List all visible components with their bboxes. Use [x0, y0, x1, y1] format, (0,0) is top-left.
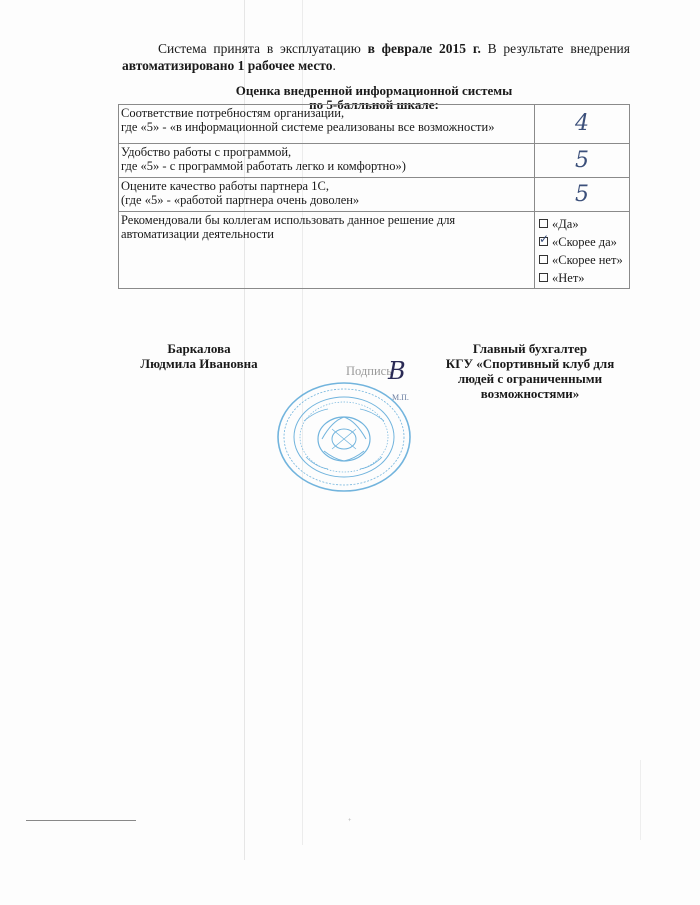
checkbox-icon[interactable] [539, 219, 548, 228]
question-text: Соответствие потребностям организации, [121, 106, 532, 120]
question-text: Оцените качество работы партнера 1С, [121, 179, 532, 193]
option-label: «Нет» [552, 271, 585, 285]
official-stamp-icon [276, 381, 412, 493]
organization-name: КГУ «Спортивный клуб для [440, 356, 620, 371]
checkbox-icon[interactable] [539, 273, 548, 282]
position-title: Главный бухгалтер [440, 341, 620, 356]
option-no[interactable]: «Нет» [539, 269, 627, 287]
option-label: «Скорее да» [552, 235, 617, 249]
option-label: «Да» [552, 217, 579, 231]
rating-cell: 4 [535, 105, 630, 144]
signatory-surname: Баркалова [134, 341, 264, 356]
question-cell: Соответствие потребностям организации, г… [119, 105, 535, 144]
question-cell: Оцените качество работы партнера 1С, (гд… [119, 178, 535, 212]
question-text: автоматизации деятельности [121, 227, 532, 241]
evaluation-row: Соответствие потребностям организации, г… [119, 105, 630, 144]
rating-cell: 5 [535, 178, 630, 212]
question-text: где «5» - «в информационной системе реал… [121, 120, 532, 134]
organization-name: возможностями» [440, 386, 620, 401]
question-cell: Удобство работы с программой, где «5» - … [119, 144, 535, 178]
signatory-position: Главный бухгалтер КГУ «Спортивный клуб д… [440, 341, 620, 401]
evaluation-row: Оцените качество работы партнера 1С, (гд… [119, 178, 630, 212]
recommend-options: «Да» «Скорее да» «Скорее нет» «Нет» [537, 213, 627, 287]
recommend-options-cell: «Да» «Скорее да» «Скорее нет» «Нет» [535, 212, 630, 289]
scan-artifact-line [640, 760, 641, 840]
intro-text: Система принята в эксплуатацию [158, 41, 368, 56]
evaluation-row-recommend: Рекомендовали бы коллегам использовать д… [119, 212, 630, 289]
question-text: Рекомендовали бы коллегам использовать д… [121, 213, 532, 227]
checkbox-icon[interactable] [539, 255, 548, 264]
intro-paragraph: Система принята в эксплуатацию в феврале… [122, 40, 630, 74]
option-rather-no[interactable]: «Скорее нет» [539, 251, 627, 269]
organization-name: людей с ограниченными [440, 371, 620, 386]
question-text: (где «5» - «работой партнера очень довол… [121, 193, 532, 207]
footer-rule [26, 820, 136, 821]
evaluation-title-line: Оценка внедренной информационной системы [118, 84, 630, 98]
rating-cell: 5 [535, 144, 630, 178]
signatory-name: Баркалова Людмила Ивановна [134, 341, 264, 371]
checkbox-checked-icon[interactable] [539, 237, 548, 246]
evaluation-row: Удобство работы с программой, где «5» - … [119, 144, 630, 178]
signatory-given-names: Людмила Ивановна [134, 356, 264, 371]
question-text: Удобство работы с программой, [121, 145, 532, 159]
question-cell: Рекомендовали бы коллегам использовать д… [119, 212, 535, 289]
intro-text: В результате внедрения [481, 41, 630, 56]
scan-speck: + [348, 818, 351, 824]
intro-date: в феврале 2015 г. [368, 41, 481, 56]
option-label: «Скорее нет» [552, 253, 623, 267]
question-text: где «5» - с программой работать легко и … [121, 159, 532, 173]
option-yes[interactable]: «Да» [539, 215, 627, 233]
signature-label: Подпись [346, 364, 392, 379]
intro-text: . [333, 58, 336, 73]
option-rather-yes[interactable]: «Скорее да» [539, 233, 627, 251]
intro-workplaces: автоматизировано 1 рабочее место [122, 58, 333, 73]
evaluation-table: Соответствие потребностям организации, г… [118, 104, 630, 289]
